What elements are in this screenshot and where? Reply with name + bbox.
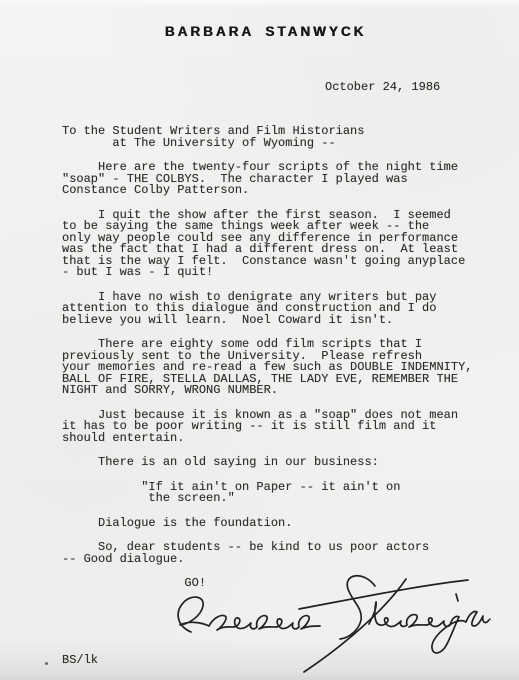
quote-block: "If it ain't on Paper -- it ain't on the… (62, 482, 472, 505)
paragraph-quit: I quit the show after the first season. … (62, 210, 472, 279)
scan-artifact-dot (45, 662, 48, 665)
paragraph-writers: I have no wish to denigrate any writers … (62, 292, 472, 327)
typist-initials: BS/lk (62, 653, 98, 667)
date-line: October 24, 1986 (325, 80, 440, 94)
letter-body: To the Student Writers and Film Historia… (62, 126, 472, 603)
signature-barbara-stanwyck (163, 568, 493, 676)
paragraph-closing: So, dear students -- be kind to us poor … (62, 542, 472, 565)
paragraph-saying: There is an old saying in our business: (62, 457, 472, 469)
paragraph-soap: Just because it is known as a "soap" doe… (62, 410, 472, 445)
paragraph-films: There are eighty some odd film scripts t… (62, 339, 472, 397)
letter-page: BARBARA STANWYCK October 24, 1986 To the… (0, 0, 519, 680)
paragraph-dialogue: Dialogue is the foundation. (62, 518, 472, 530)
scan-artifact-dot (489, 618, 491, 620)
salutation: To the Student Writers and Film Historia… (62, 126, 472, 149)
letterhead-name: BARBARA STANWYCK (0, 24, 519, 39)
paragraph-scripts: Here are the twenty-four scripts of the … (62, 162, 472, 197)
